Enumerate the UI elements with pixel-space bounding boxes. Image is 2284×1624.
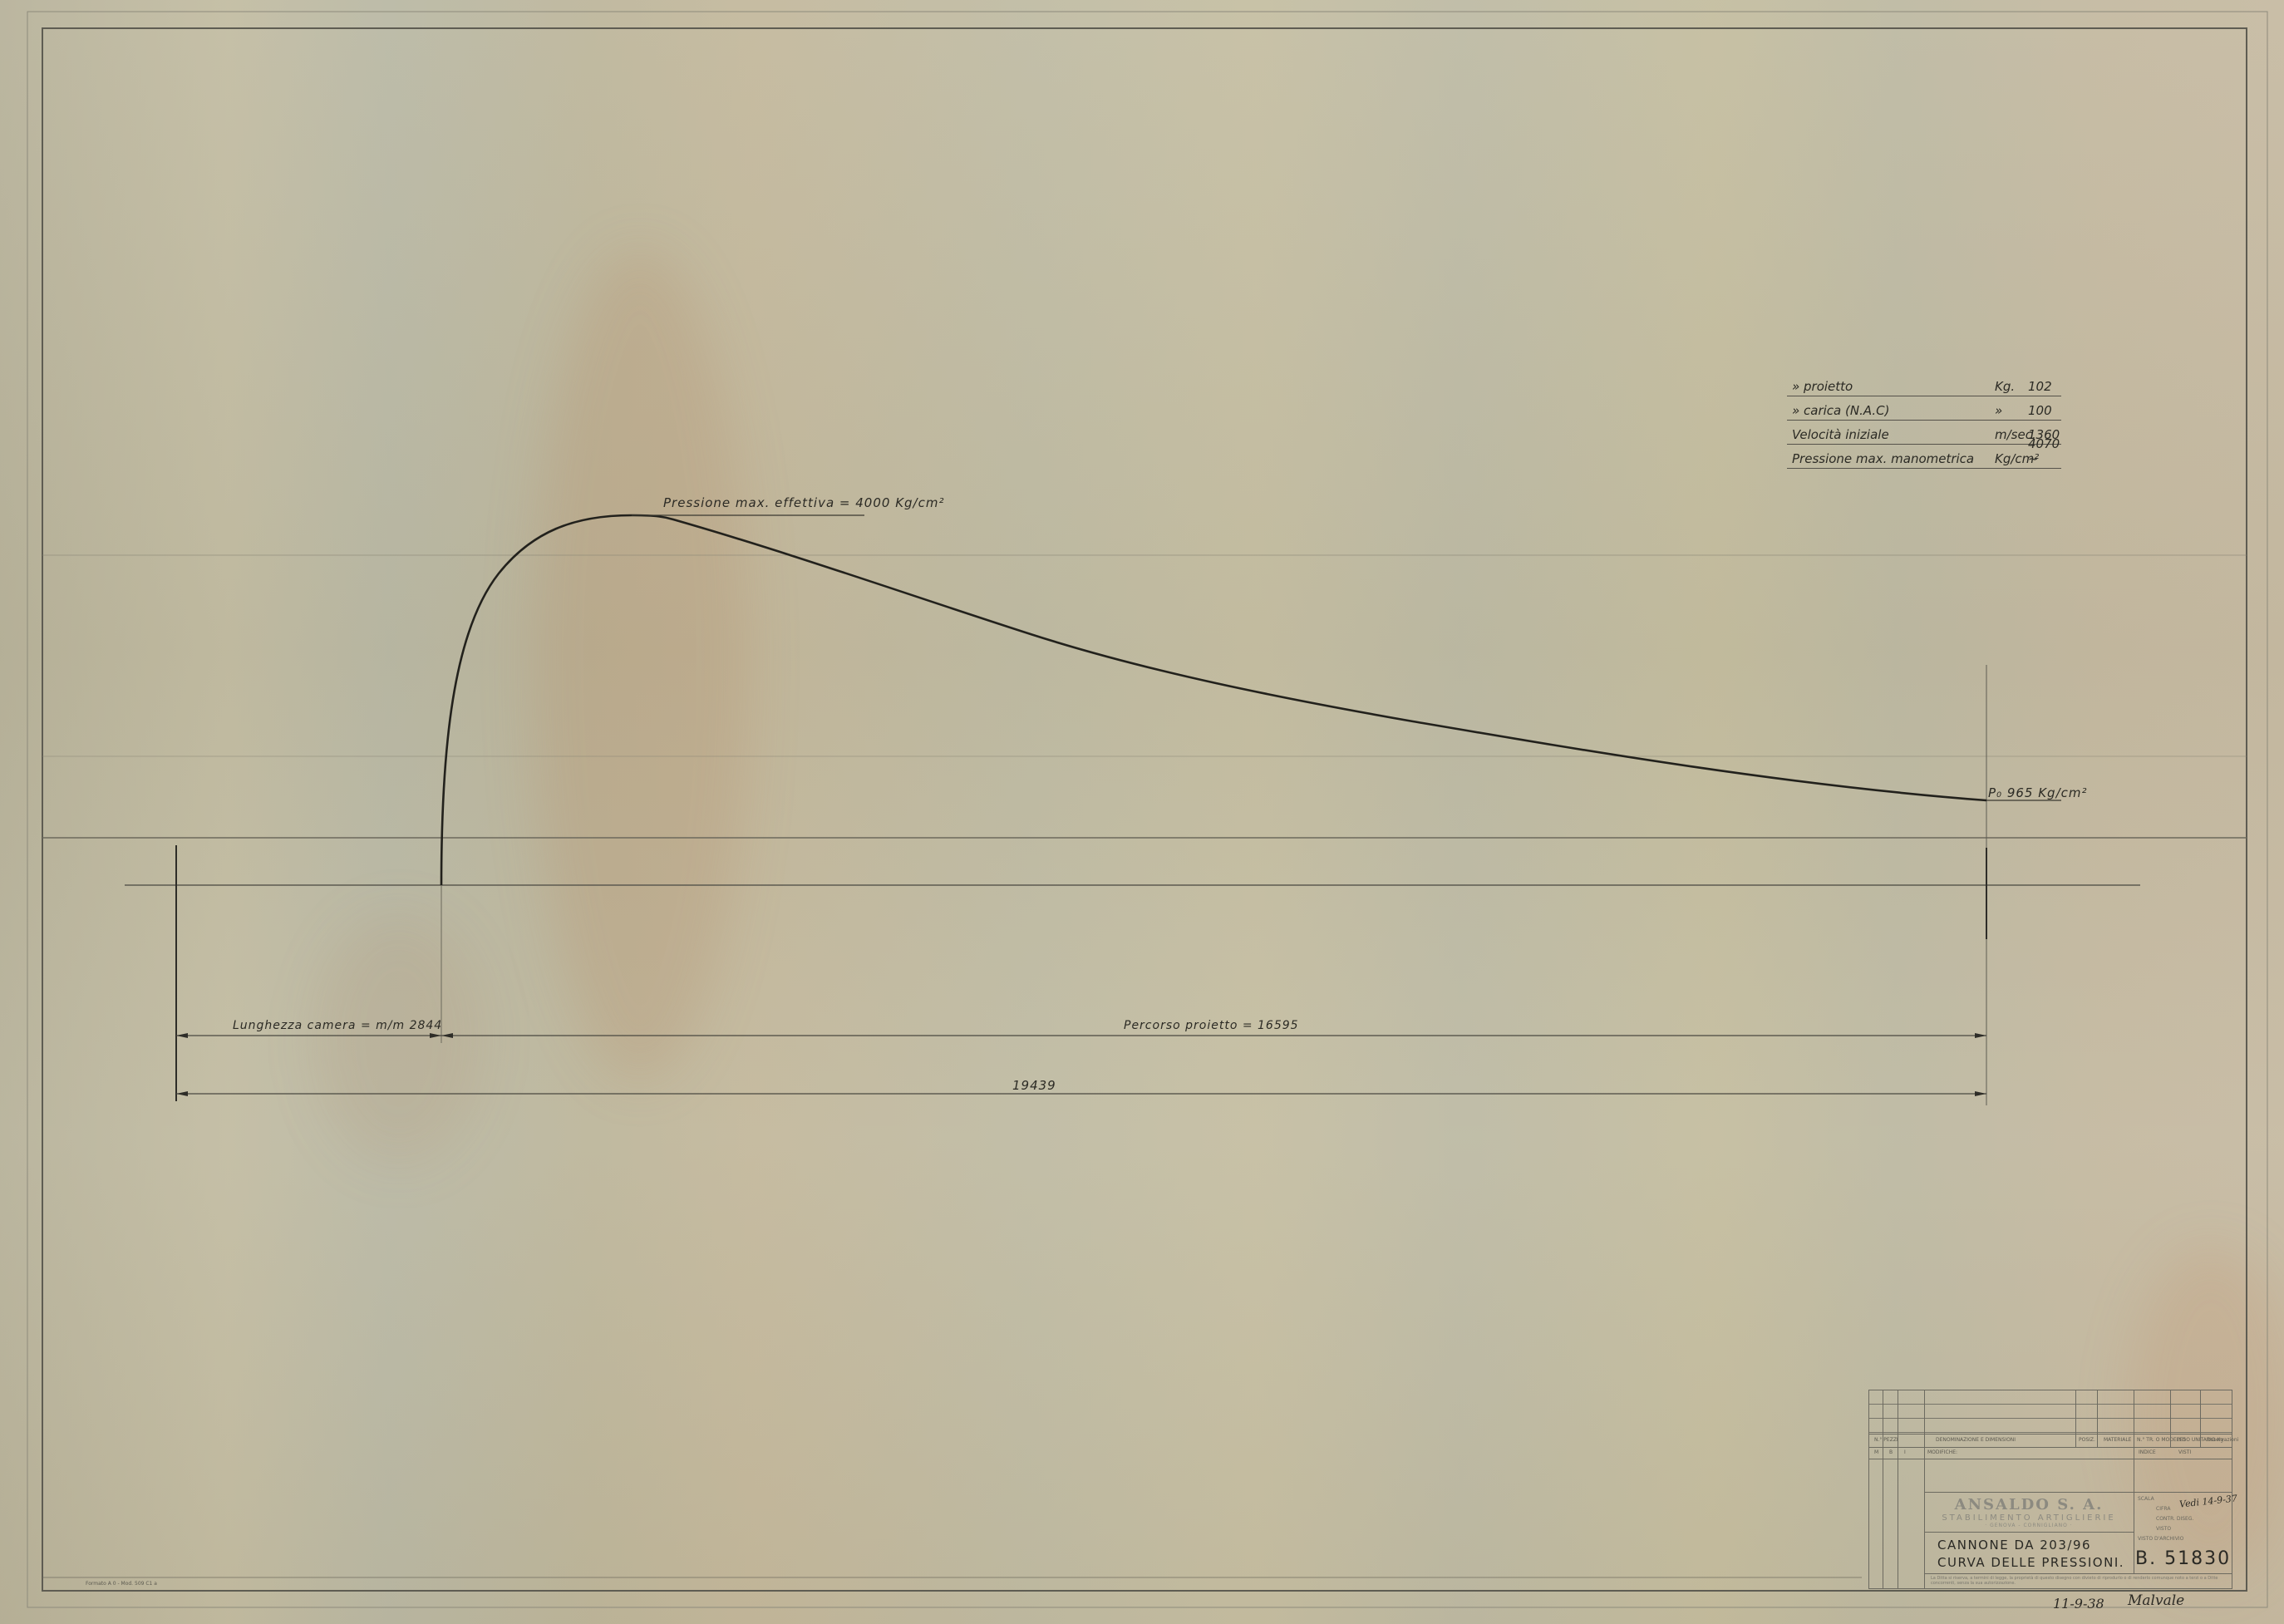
- form-code: Formato A 0 - Mod. 509 C1 a: [86, 1581, 157, 1587]
- specifications-table: » proietto Kg. 102 » carica (N.A.C) » 10…: [1787, 372, 2061, 469]
- total-length-label: 19439: [1012, 1078, 1056, 1093]
- drawing-number: B. 51830: [2135, 1548, 2231, 1569]
- peak-pressure-label: Pressione max. effettiva = 4000 Kg/cm²: [663, 495, 944, 510]
- muzzle-pressure-label: P₀ 965 Kg/cm²: [1988, 785, 2088, 800]
- ownership-notice: La Ditta si riserva, a termini di legge,…: [1924, 1573, 2232, 1588]
- signature-date: 11-9-38: [2053, 1596, 2104, 1612]
- pressure-curve-drawing: [0, 0, 2284, 1624]
- spec-row-charge: » carica (N.A.C) » 100: [1787, 396, 2061, 421]
- signature-name: Malvale: [2128, 1592, 2184, 1609]
- chamber-length-label: Lunghezza camera = m/m 2844: [233, 1019, 442, 1032]
- inner-frame: [42, 28, 2247, 1591]
- spec-row-projectile: » proietto Kg. 102: [1787, 372, 2061, 396]
- title-block: N.° PEZZI DENOMINAZIONE E DIMENSIONI POS…: [1868, 1390, 2232, 1589]
- company-header: ANSALDO S. A. STABILIMENTO ARTIGLIERIE ·…: [1924, 1492, 2134, 1531]
- company-division: STABILIMENTO ARTIGLIERIE: [1924, 1513, 2134, 1523]
- company-city: · GENOVA - CORNIGLIANO ·: [1924, 1523, 2134, 1528]
- spec-row-velocity: Velocità iniziale m/sec. 1360: [1787, 421, 2061, 445]
- outer-frame: [27, 12, 2267, 1607]
- company-name: ANSALDO S. A.: [1924, 1496, 2134, 1513]
- pressure-curve: [441, 515, 1986, 885]
- drawing-title: CANNONE DA 203/96 CURVA DELLE PRESSIONI.: [1924, 1532, 2134, 1574]
- projectile-travel-label: Percorso proietto = 16595: [1124, 1019, 1299, 1032]
- spec-row-max-pressure: Pressione max. manometrica Kg/cm² 4070 ~: [1787, 445, 2061, 469]
